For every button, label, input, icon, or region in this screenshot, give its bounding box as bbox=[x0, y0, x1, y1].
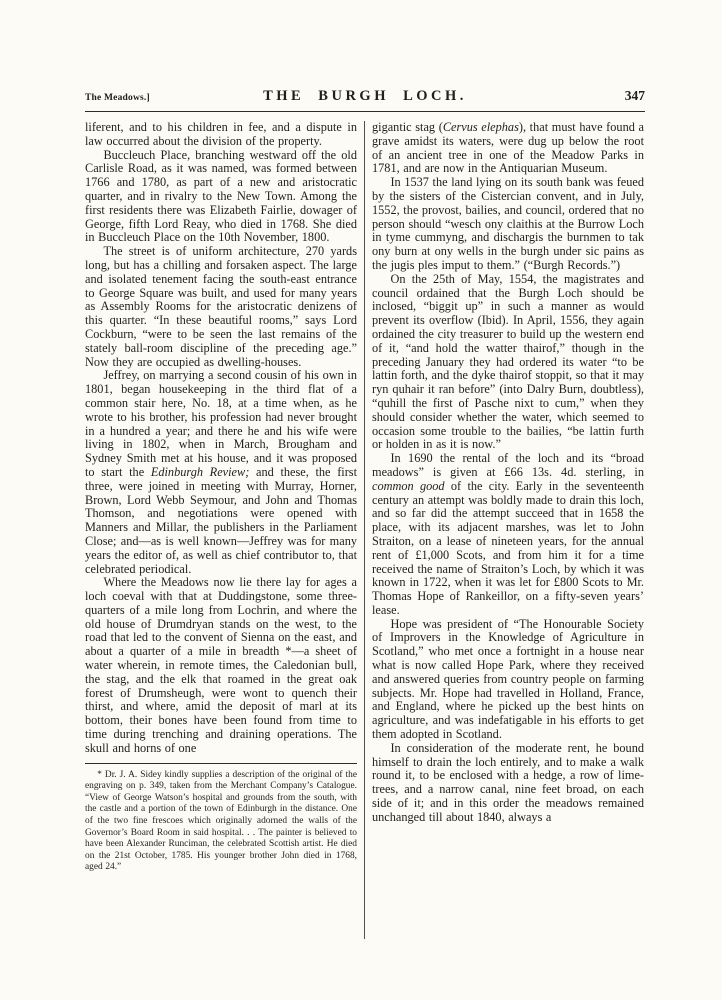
text-segment: Where the Meadows now lie there lay for … bbox=[85, 575, 357, 755]
text-segment: In consideration of the moderate rent, h… bbox=[372, 741, 644, 824]
text-segment: gigantic stag ( bbox=[372, 120, 443, 134]
paragraph: Hope was president of “The Honourable So… bbox=[372, 618, 644, 742]
paragraph: gigantic stag (Cervus elephas), that mus… bbox=[372, 121, 644, 176]
paragraph: * Dr. J. A. Sidey kindly supplies a desc… bbox=[85, 770, 357, 874]
text-segment: and these, the first three, were joined … bbox=[85, 465, 357, 576]
text-segment: Buccleuch Place, branching westward off … bbox=[85, 148, 357, 245]
text-segment: In 1537 the land lying on its south bank… bbox=[372, 175, 644, 272]
paragraph: In consideration of the moderate rent, h… bbox=[372, 742, 644, 825]
page-number: 347 bbox=[515, 88, 645, 104]
running-header-left: The Meadows.] bbox=[85, 93, 215, 103]
running-header: The Meadows.] THE BURGH LOCH. 347 bbox=[85, 88, 645, 105]
column-divider bbox=[364, 121, 365, 939]
italic-text: Cervus elephas bbox=[443, 120, 519, 134]
text-segment: Hope was president of “The Honourable So… bbox=[372, 617, 644, 741]
italic-text: common good bbox=[372, 479, 445, 493]
paragraph: In 1537 the land lying on its south bank… bbox=[372, 176, 644, 273]
paragraph: On the 25th of May, 1554, the magistrate… bbox=[372, 273, 644, 452]
text-segment: * Dr. J. A. Sidey kindly supplies a desc… bbox=[85, 770, 357, 873]
text-segment: On the 25th of May, 1554, the magistrate… bbox=[372, 272, 644, 452]
paragraph: Buccleuch Place, branching westward off … bbox=[85, 149, 357, 246]
text-segment: liferent, and to his children in fee, an… bbox=[85, 120, 357, 148]
paragraph: Jeffrey, on marrying a second cousin of … bbox=[85, 369, 357, 576]
paragraph: Where the Meadows now lie there lay for … bbox=[85, 576, 357, 755]
left-column-body: liferent, and to his children in fee, an… bbox=[85, 121, 357, 756]
paragraph: liferent, and to his children in fee, an… bbox=[85, 121, 357, 149]
footnote-rule bbox=[85, 763, 357, 764]
italic-text: Edinburgh Review; bbox=[151, 465, 249, 479]
text-segment: Jeffrey, on marrying a second cousin of … bbox=[85, 368, 357, 479]
paragraph: In 1690 the rental of the loch and its “… bbox=[372, 452, 644, 618]
footnote: * Dr. J. A. Sidey kindly supplies a desc… bbox=[85, 770, 357, 874]
left-column: liferent, and to his children in fee, an… bbox=[85, 121, 357, 939]
text-segment: The street is of uniform architecture, 2… bbox=[85, 244, 357, 368]
book-page: The Meadows.] THE BURGH LOCH. 347 lifere… bbox=[0, 0, 722, 1000]
paragraph: The street is of uniform architecture, 2… bbox=[85, 245, 357, 369]
right-column: gigantic stag (Cervus elephas), that mus… bbox=[372, 121, 644, 939]
text-segment: of the city. Early in the seventeenth ce… bbox=[372, 479, 644, 617]
page-title: THE BURGH LOCH. bbox=[215, 88, 515, 105]
text-columns: liferent, and to his children in fee, an… bbox=[85, 121, 645, 939]
text-segment: In 1690 the rental of the loch and its “… bbox=[372, 451, 644, 479]
right-column-body: gigantic stag (Cervus elephas), that mus… bbox=[372, 121, 644, 825]
header-rule bbox=[85, 111, 645, 112]
